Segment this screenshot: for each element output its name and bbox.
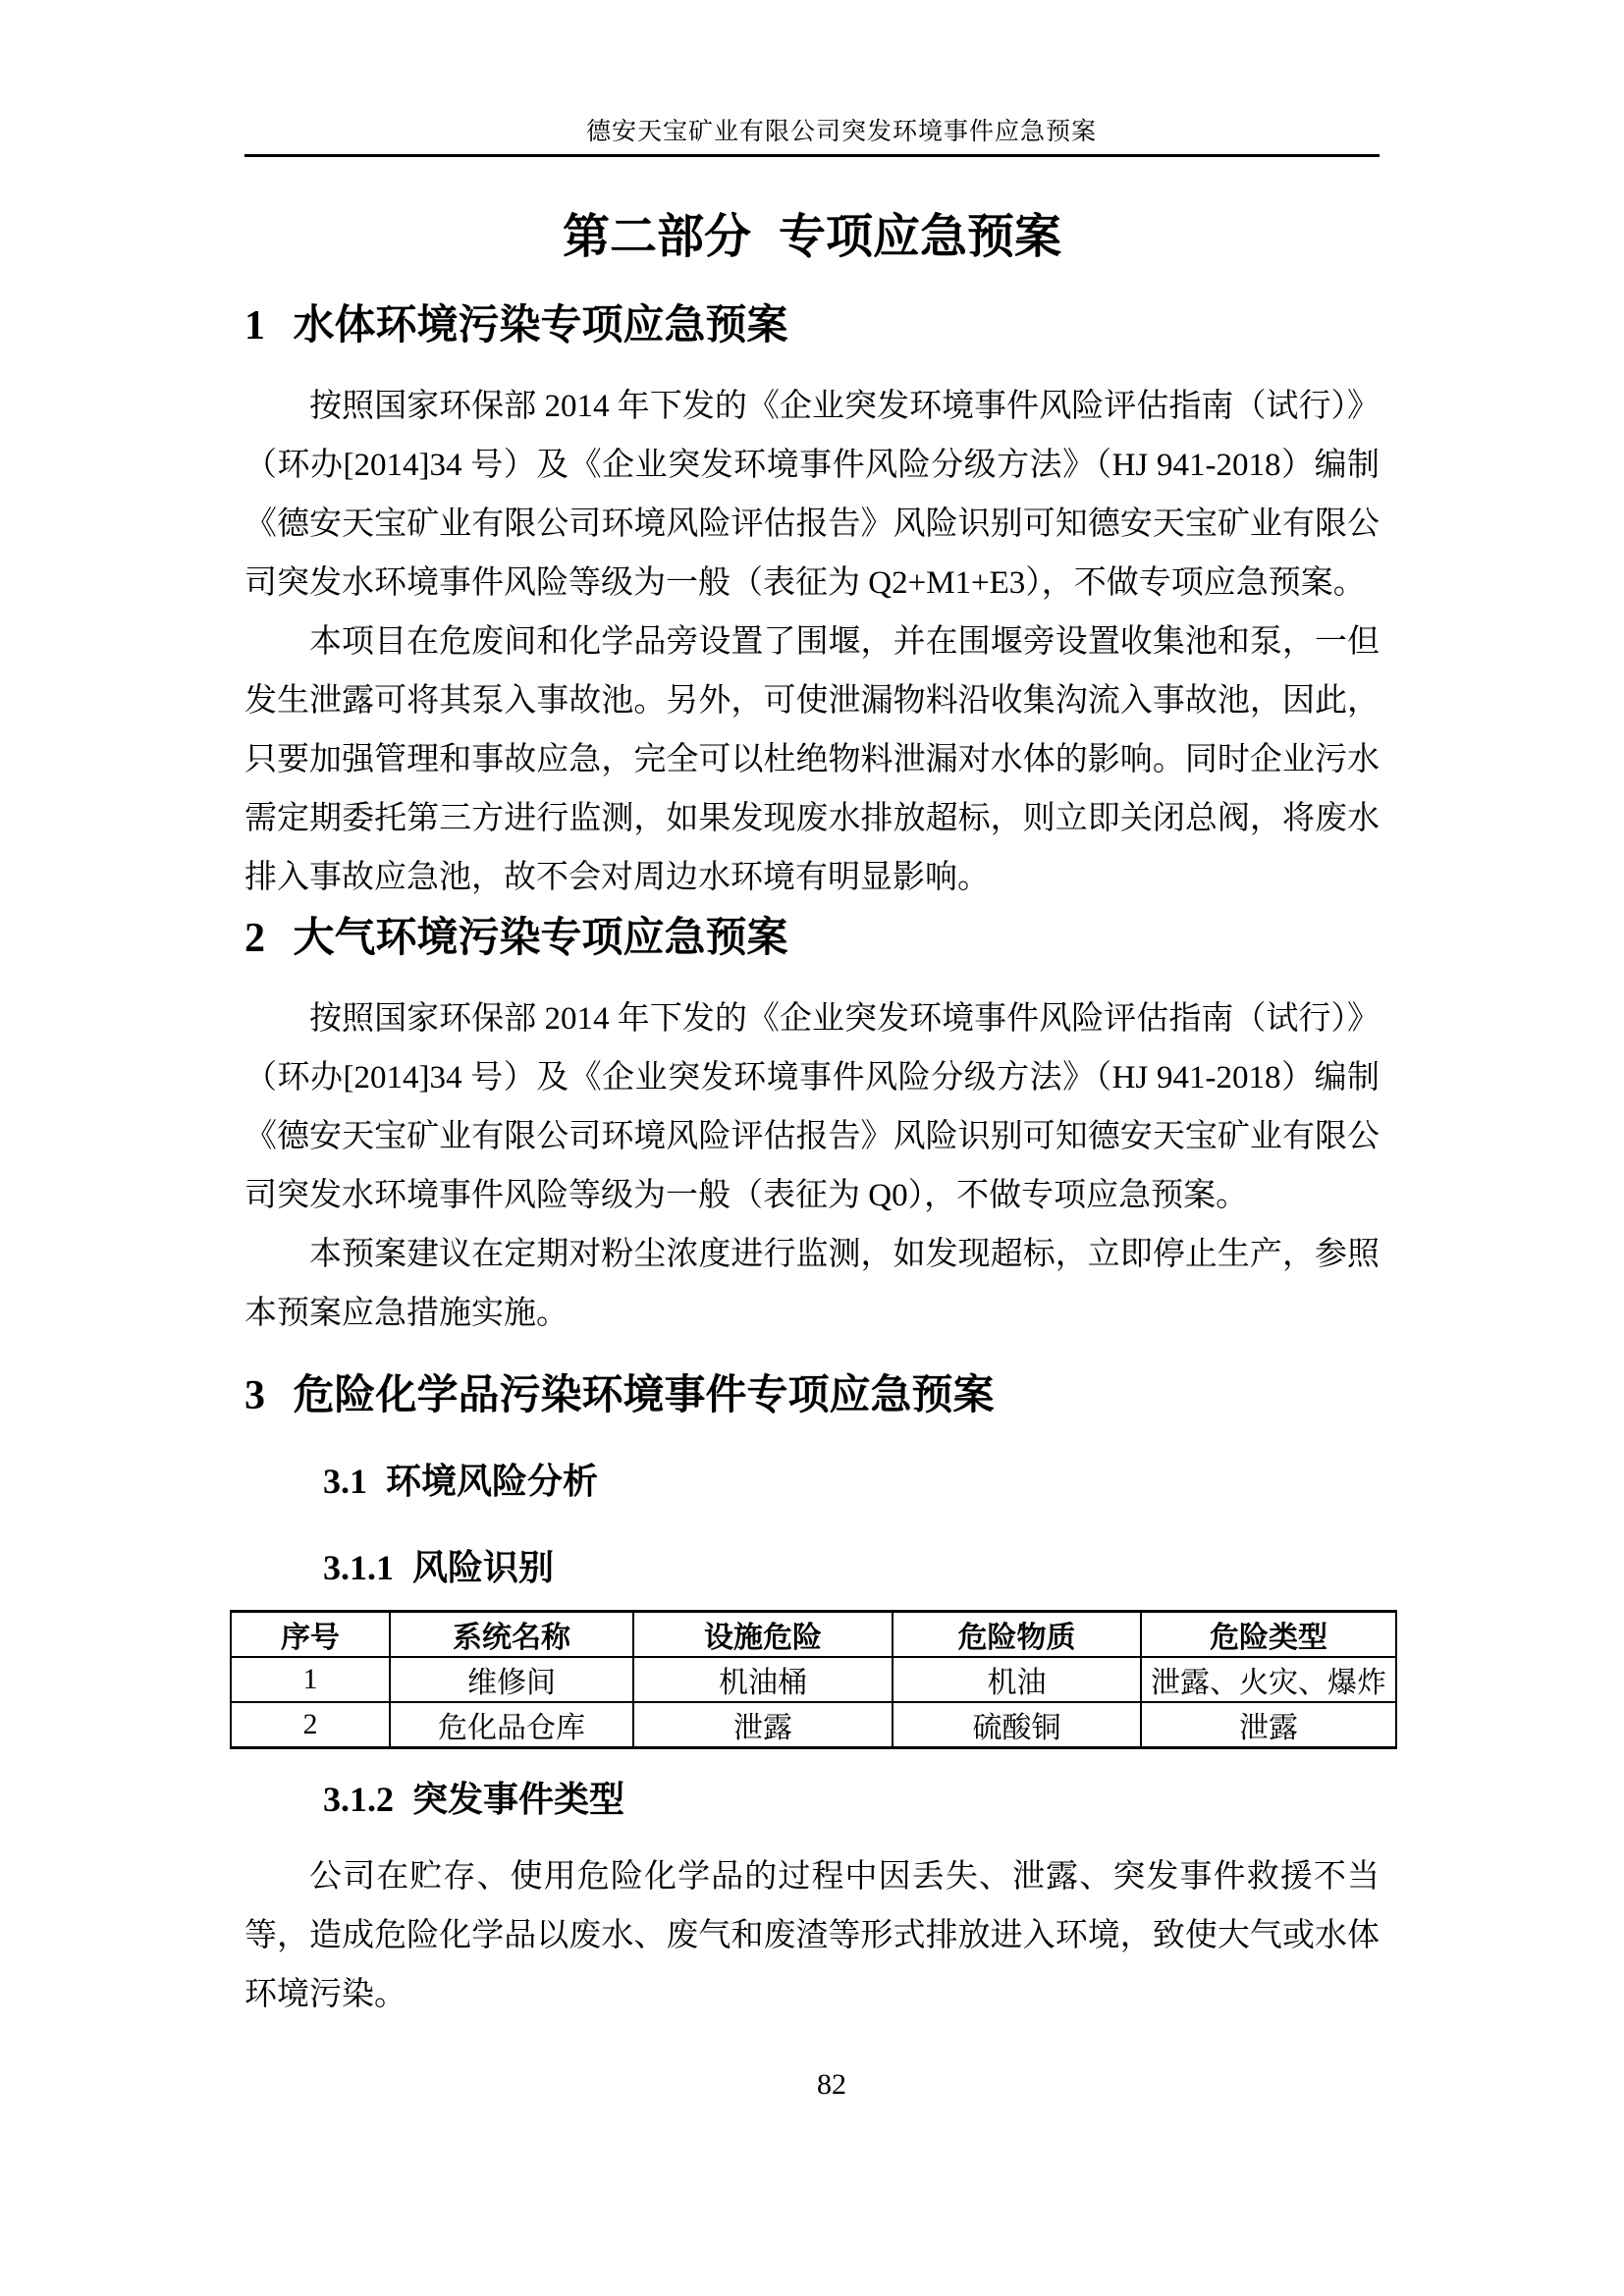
section-2-heading: 2 大气环境污染专项应急预案: [244, 915, 1380, 962]
section-3-1-heading: 3.1 环境风险分析: [323, 1461, 1380, 1502]
table-header-cell-facility: 设施危险: [633, 1612, 893, 1658]
section-1-paragraph-2: 本项目在危废间和化学品旁设置了围堰，并在围堰旁设置收集池和泵，一但发生泄露可将其…: [244, 613, 1380, 907]
table-header-cell-material: 危险物质: [893, 1612, 1141, 1658]
table-cell: 维修间: [390, 1657, 633, 1702]
page-content: 德安天宝矿业有限公司突发环境事件应急预案 第二部分 专项应急预案 1 水体环境污…: [0, 0, 1624, 2024]
table-row: 2 危化品仓库 泄露 硫酸铜 泄露: [231, 1702, 1396, 1748]
section-2-paragraph-1: 按照国家环保部 2014 年下发的《企业突发环境事件风险评估指南（试行）》（环办…: [244, 989, 1380, 1225]
table-header-row: 序号 系统名称 设施危险 危险物质 危险类型: [231, 1612, 1396, 1658]
section-3-1-2-heading: 3.1.2 突发事件类型: [323, 1779, 1380, 1820]
table-row: 1 维修间 机油桶 机油 泄露、火灾、爆炸: [231, 1657, 1396, 1702]
section-3-1-2-paragraph-1: 公司在贮存、使用危险化学品的过程中因丢失、泄露、突发事件救援不当等，造成危险化学…: [244, 1847, 1380, 2024]
document-header-title: 德安天宝矿业有限公司突发环境事件应急预案: [586, 119, 1097, 145]
section-3-heading: 3 危险化学品污染环境事件专项应急预案: [244, 1372, 1380, 1419]
table-cell: 泄露、火灾、爆炸: [1141, 1657, 1396, 1702]
table-cell: 泄露: [633, 1702, 893, 1748]
table-cell: 1: [231, 1657, 390, 1702]
document-header: 德安天宝矿业有限公司突发环境事件应急预案: [244, 0, 1380, 157]
table-header-cell-type: 危险类型: [1141, 1612, 1396, 1658]
risk-identification-table: 序号 系统名称 设施危险 危险物质 危险类型 1 维修间 机油桶 机油 泄露、火…: [230, 1610, 1397, 1749]
risk-table-wrapper: 序号 系统名称 设施危险 危险物质 危险类型 1 维修间 机油桶 机油 泄露、火…: [230, 1610, 1395, 1749]
table-cell: 机油桶: [633, 1657, 893, 1702]
part-title: 第二部分 专项应急预案: [244, 210, 1380, 265]
table-cell: 泄露: [1141, 1702, 1396, 1748]
section-1-paragraph-1: 按照国家环保部 2014 年下发的《企业突发环境事件风险评估指南（试行）》（环办…: [244, 377, 1380, 613]
table-cell: 危化品仓库: [390, 1702, 633, 1748]
page-number: 82: [0, 2069, 1624, 2101]
document-page: 德安天宝矿业有限公司突发环境事件应急预案 第二部分 专项应急预案 1 水体环境污…: [0, 0, 1624, 2296]
table-header-cell-system: 系统名称: [390, 1612, 633, 1658]
table-header-cell-no: 序号: [231, 1612, 390, 1658]
section-2-paragraph-2: 本预案建议在定期对粉尘浓度进行监测，如发现超标，立即停止生产，参照本预案应急措施…: [244, 1225, 1380, 1343]
section-3-1-1-heading: 3.1.1 风险识别: [323, 1547, 1380, 1588]
section-1-heading: 1 水体环境污染专项应急预案: [244, 302, 1380, 349]
table-cell: 2: [231, 1702, 390, 1748]
table-cell: 机油: [893, 1657, 1141, 1702]
table-cell: 硫酸铜: [893, 1702, 1141, 1748]
